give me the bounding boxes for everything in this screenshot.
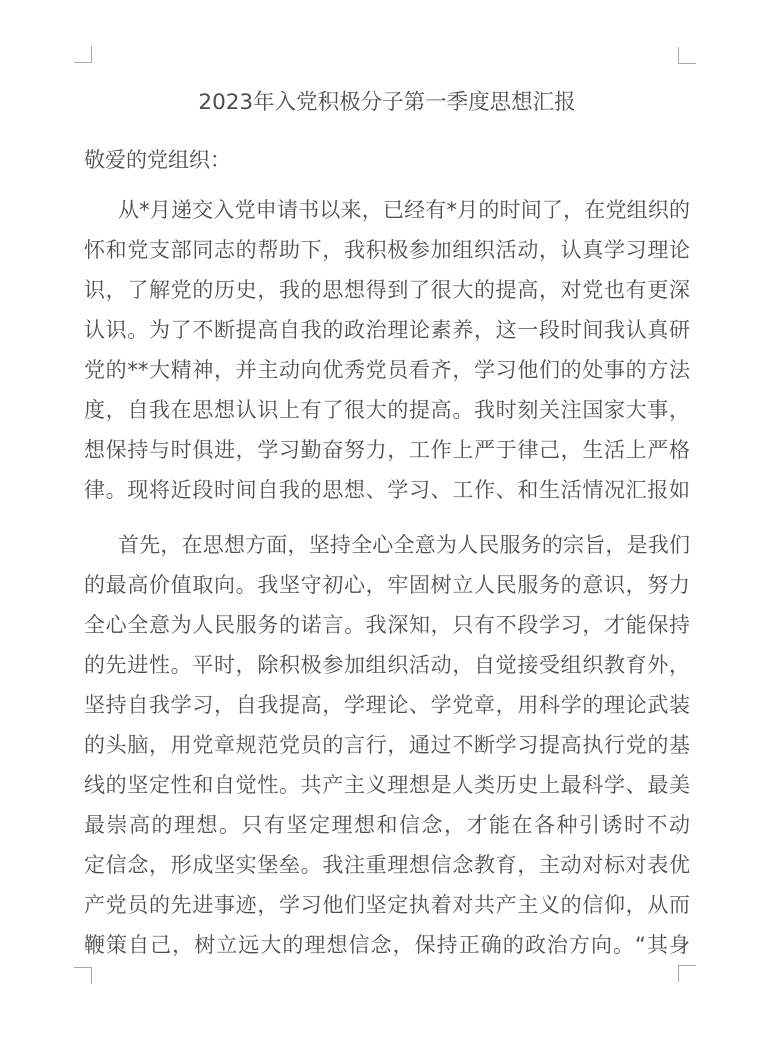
page-margin-mark-bottom-right — [678, 965, 696, 982]
paragraph-line: 从*月递交入党申请书以来，已经有*月的时间了，在党组织的关 — [84, 190, 690, 230]
paragraph-line: 的最高价值取向。我坚守初心，牢固树立人民服务的意识，努力践行 — [84, 565, 690, 605]
salutation-line: 敬爱的党组织： — [84, 140, 690, 180]
document-title: 2023年入党积极分子第一季度思想汇报 — [84, 83, 690, 123]
paragraph-line: 识，了解党的历史，我的思想得到了很大的提高，对党也有更深入的 — [84, 270, 690, 310]
paragraph-line: 首先，在思想方面，坚持全心全意为人民服务的宗旨，是我们党 — [84, 525, 690, 565]
paragraph-line: 认识。为了不断提高自我的政治理论素养，这一段时间我认真研读了 — [84, 310, 690, 350]
page-margin-mark-bottom-left — [74, 967, 92, 984]
paragraph-line: 度，自我在思想认识上有了很大的提高。我时刻关注国家大事，在思 — [84, 390, 690, 430]
paragraph-line: 产党员的先进事迹，学习他们坚定执着对共产主义的信仰，从而不断 — [84, 885, 690, 925]
paragraph-line: 的先进性。平时，除积极参加组织活动，自觉接受组织教育外，我还 — [84, 645, 690, 685]
paragraph-line: 党的**大精神，并主动向优秀党员看齐，学习他们的处事的方法和态 — [84, 350, 690, 390]
paragraph-line: 全心全意为人民服务的诺言。我深知，只有不段学习，才能保持思想 — [84, 605, 690, 645]
paragraph-line: 鞭策自己，树立远大的理想信念，保持正确的政治方向。“其身正， — [84, 925, 690, 965]
paragraph-line: 最崇高的理想。只有坚定理想和信念，才能在各种引诱时不动摇，坚 — [84, 805, 690, 845]
paragraph: 首先，在思想方面，坚持全心全意为人民服务的宗旨，是我们党的最高价值取向。我坚守初… — [84, 525, 690, 965]
document-body: 从*月递交入党申请书以来，已经有*月的时间了，在党组织的关怀和党支部同志的帮助下… — [84, 190, 690, 965]
paragraph: 从*月递交入党申请书以来，已经有*月的时间了，在党组织的关怀和党支部同志的帮助下… — [84, 190, 690, 510]
paragraph-line: 线的坚定性和自觉性。共产主义理想是人类历史上最科学、最美好、 — [84, 765, 690, 805]
document-content: 2023年入党积极分子第一季度思想汇报 敬爱的党组织： 从*月递交入党申请书以来… — [84, 0, 690, 965]
paragraph-line: 想保持与时俱进，学习勤奋努力，工作上严于律己，生活上严格自 — [84, 430, 690, 470]
paragraph-line: 定信念，形成坚实堡垒。我注重理想信念教育，主动对标对表优秀共 — [84, 845, 690, 885]
paragraph-line: 坚持自我学习，自我提高，学理论、学党章，用科学的理论武装党员 — [84, 685, 690, 725]
document-page: 2023年入党积极分子第一季度思想汇报 敬爱的党组织： 从*月递交入党申请书以来… — [0, 0, 770, 1040]
paragraph-line: 的头脑，用党章规范党员的言行，通过不断学习提高执行党的基本路 — [84, 725, 690, 765]
paragraph-line: 怀和党支部同志的帮助下，我积极参加组织活动，认真学习理论知 — [84, 230, 690, 270]
paragraph-line: 律。现将近段时间自我的思想、学习、工作、和生活情况汇报如下： — [84, 470, 690, 510]
